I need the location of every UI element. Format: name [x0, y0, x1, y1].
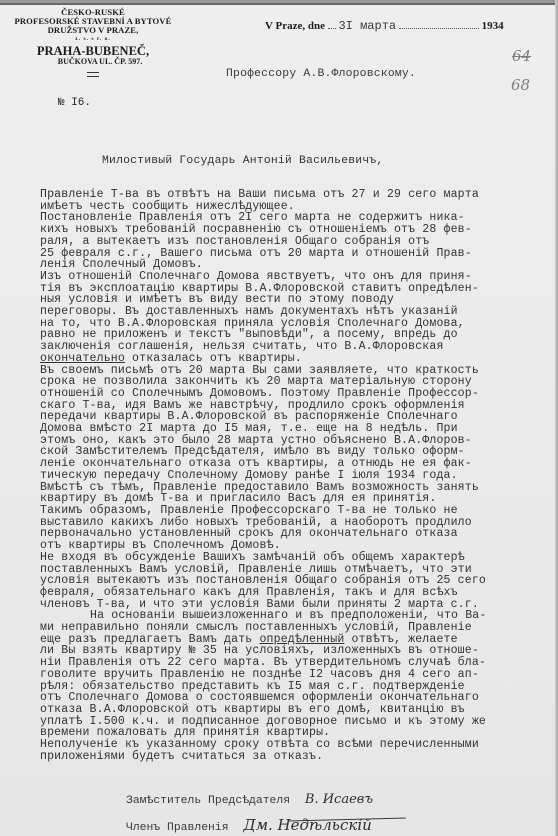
- signature-block: Замѣститель Предсѣдателя В. Исаевъ Членъ…: [126, 792, 373, 836]
- date-dotted-fill: [399, 28, 479, 29]
- addressee: Профессору А.В.Флоровскому.: [226, 68, 416, 80]
- body-line: Домова вмѣсто 2I марта до I5 мая, т.е. е…: [40, 423, 552, 435]
- body-line: отношеній со Сполечнымъ Домовомъ. Поэтом…: [40, 388, 552, 400]
- letterhead-city: PRAHA-BUBENEČ,: [4, 45, 182, 58]
- body-line: приложеніями будетъ считаться за отказъ.: [40, 751, 552, 763]
- letterhead-address: BUČKOVA UL. ČP. 597.: [18, 58, 182, 66]
- signatory-title: Членъ Правленія: [126, 822, 229, 834]
- body-line: переговоры. Въ доставленныхъ намъ докуме…: [40, 306, 552, 318]
- body-line: говолите вручить Правленію не позднѣе I2…: [40, 669, 552, 681]
- body-line: Изъ отношеній Сполечнаго Домова явствует…: [40, 271, 552, 283]
- letter-body: Правленіе Т-ва въ отвѣтъ на Ваши письма …: [40, 189, 552, 762]
- underlined-word: окончательно: [40, 352, 125, 365]
- archive-mark-struck: 64: [512, 47, 531, 65]
- body-line: Правленіе Т-ва въ отвѣтъ на Ваши письма …: [40, 189, 552, 201]
- letterhead-org-line3: DRUŽSTVO V PRAZE,: [4, 26, 182, 35]
- body-line: отказа В.А.Флоровской отъ квартиры въ ег…: [40, 704, 552, 716]
- letterhead-org-form: z. s. s r. o.: [4, 37, 182, 43]
- letterhead: ČESKO-RUSKÉ PROFESORSKÉ STAVEBNÍ A BYTOV…: [4, 8, 182, 77]
- body-line: Такимъ образомъ, Правленіе Профессорскаг…: [40, 505, 552, 517]
- body-line: февраля, обязательнаго какъ для Правлені…: [40, 587, 552, 599]
- date-year: 1934: [482, 20, 504, 32]
- signature-row-deputy-chair: Замѣститель Предсѣдателя В. Исаевъ: [126, 792, 373, 814]
- body-line: раля, а вытекаетъ изъ постановленія Обща…: [40, 236, 552, 248]
- date-prefix: V Praze, dne: [265, 20, 325, 32]
- handwritten-signature: В. Исаевъ: [305, 792, 373, 807]
- body-line-underlined: окончательно отказалась отъ квартиры.: [40, 353, 552, 365]
- date-day-month: 3I марта: [338, 19, 396, 33]
- salutation: Милостивый Государь Антоній Васильевичъ,: [102, 155, 383, 167]
- reference-number: № I6.: [58, 97, 91, 109]
- letterhead-double-rule: [87, 72, 99, 77]
- date-line: V Praze, dne 3I марта 1934: [265, 19, 525, 33]
- body-line: Не входя въ обсужденіе Вашихъ замѣчаній …: [40, 552, 552, 564]
- body-line: тическую передачу Сполечному Домову ранѣ…: [40, 470, 552, 482]
- body-line: Неполученіе къ указанному сроку отвѣта с…: [40, 739, 552, 751]
- signatory-title: Замѣститель Предсѣдателя: [126, 795, 290, 807]
- archive-mark-current: 68: [511, 76, 530, 94]
